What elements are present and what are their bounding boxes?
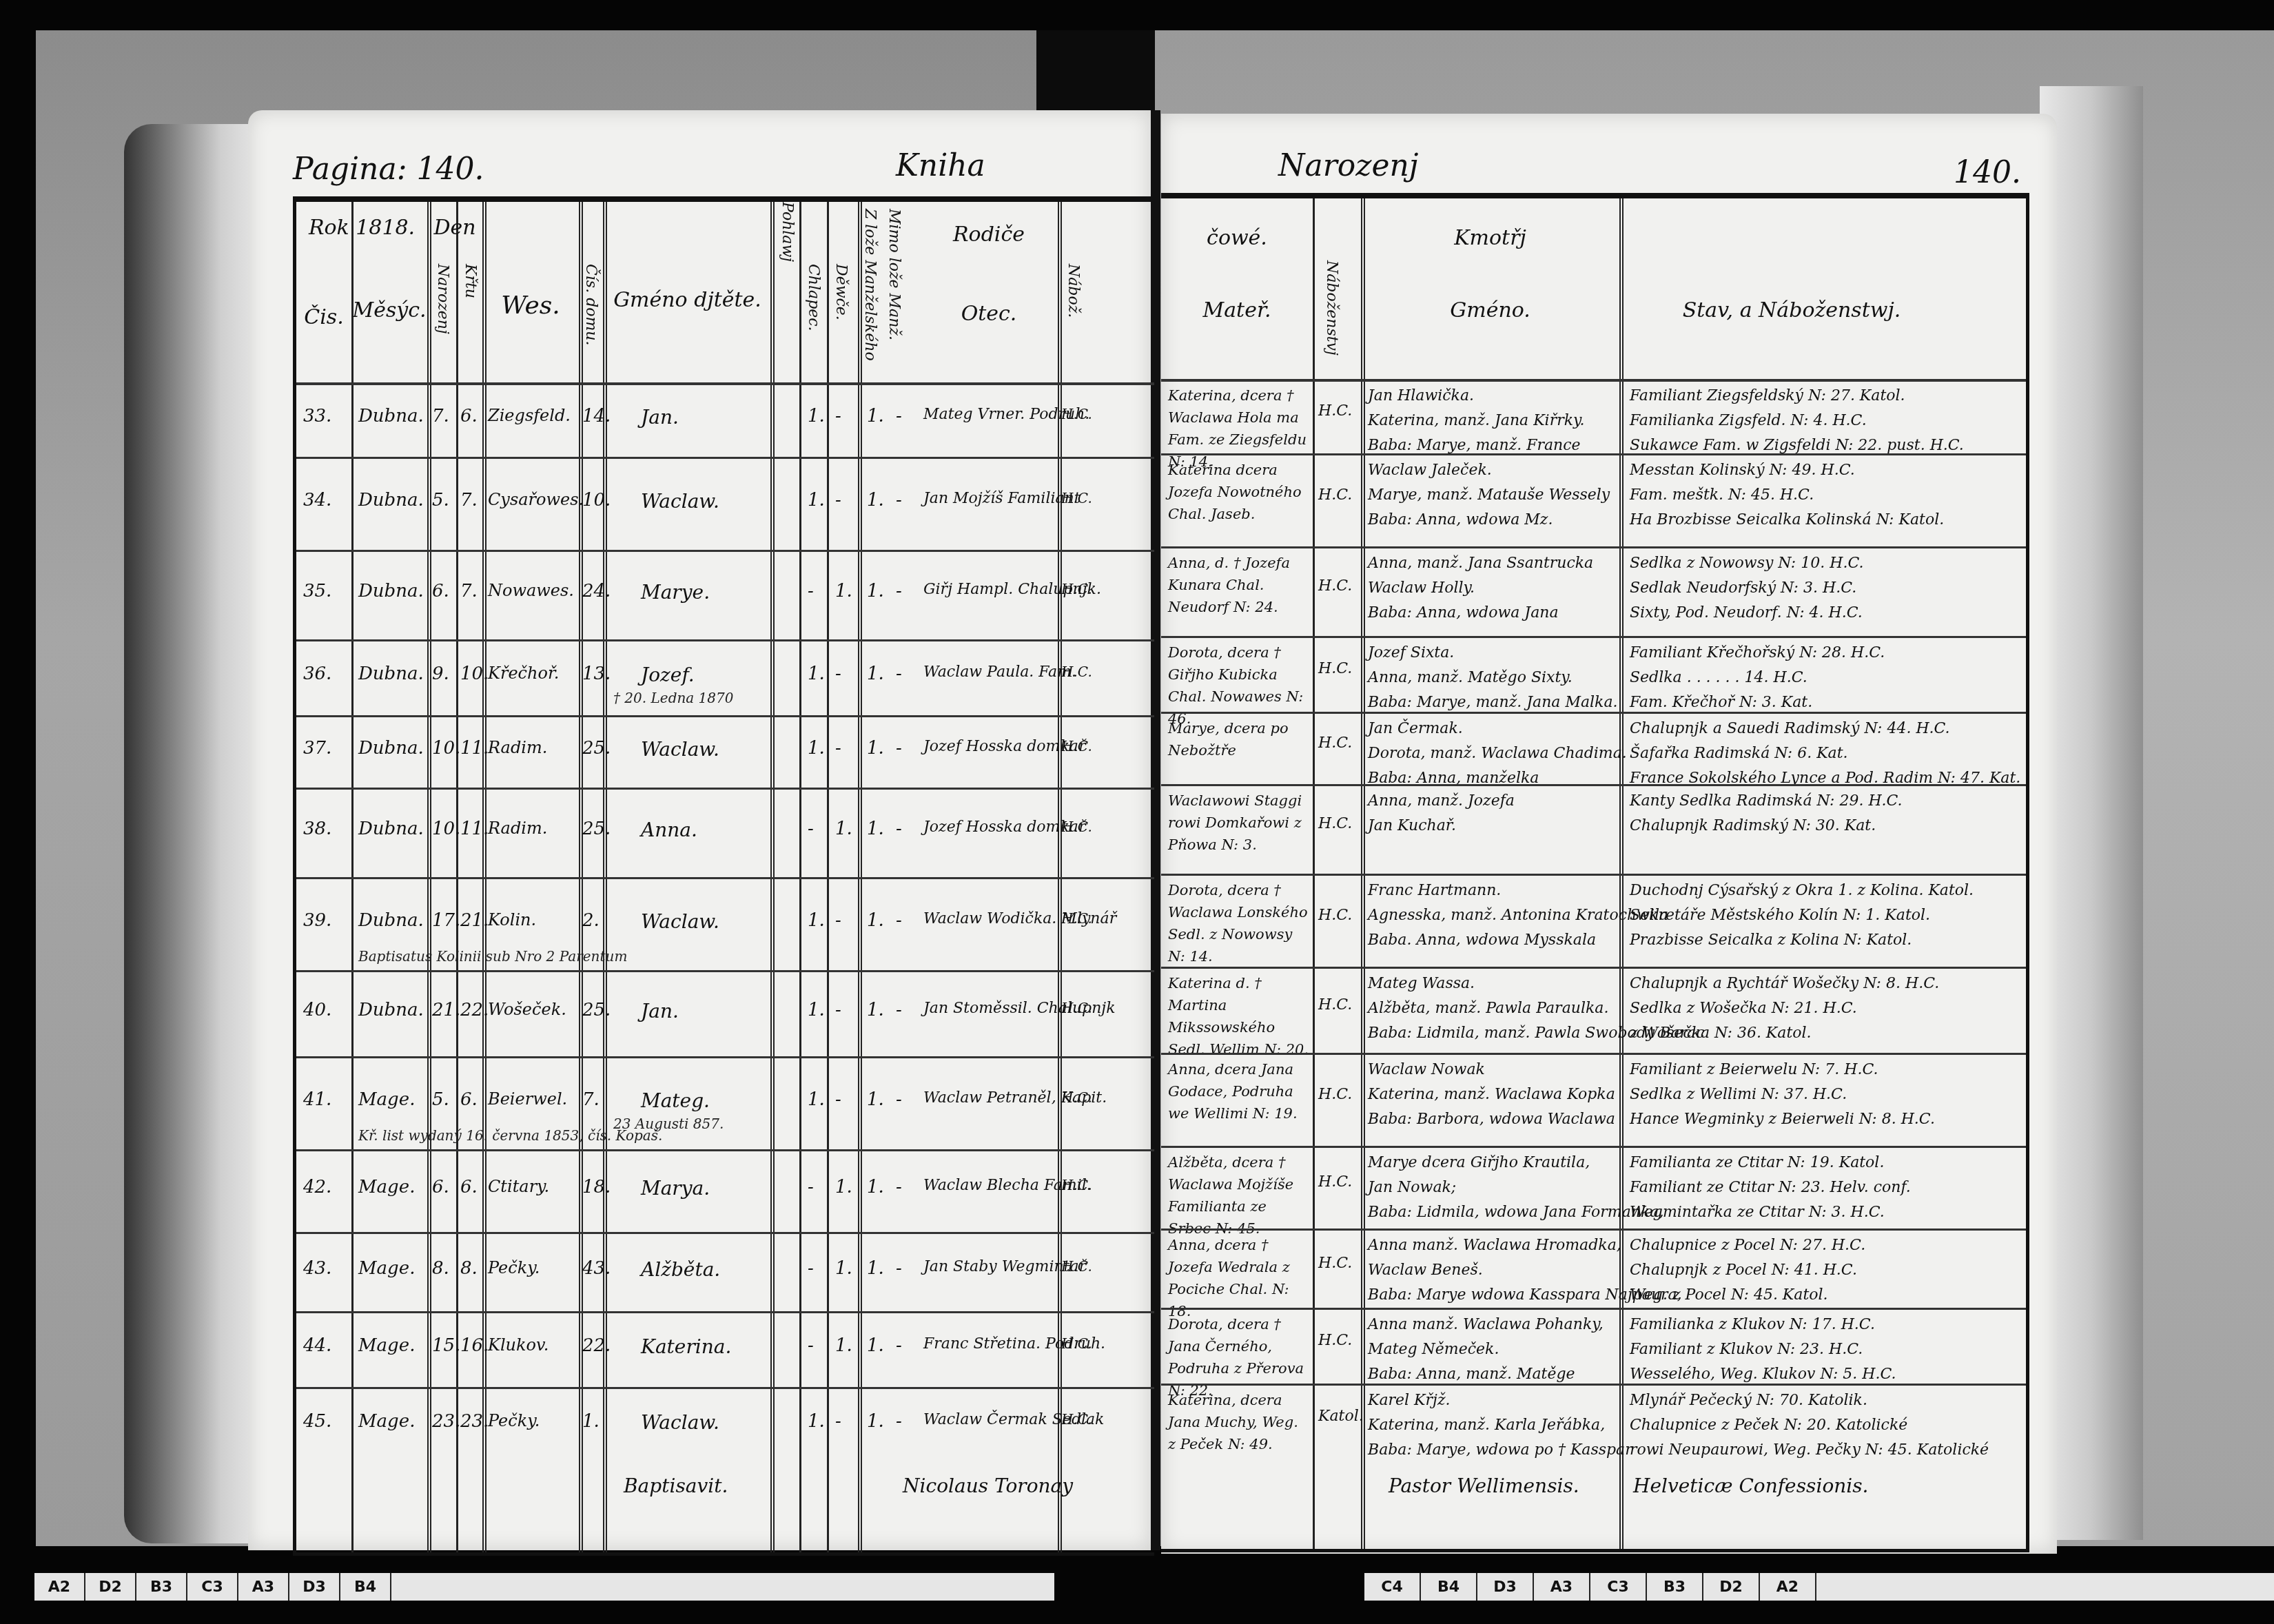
entry-illegitimate: - — [896, 664, 902, 684]
entry-birth-day: 10. — [432, 738, 460, 759]
entry-father-religion: H.C. — [1061, 1177, 1092, 1193]
entry-row-note: Kř. list wydaný 16. června 1853, čís. Ko… — [358, 1127, 662, 1144]
entry-month: Mage. — [358, 1089, 415, 1110]
godparent-name: Jan Čermak. — [1368, 720, 1463, 737]
entry-father-religion: H.C. — [1061, 1089, 1092, 1106]
godparent-name: Waclaw Holly. — [1368, 579, 1475, 597]
calibration-cell: B4 — [1421, 1573, 1477, 1601]
entry-mother-religion: H.C. — [1318, 660, 1352, 677]
entry-month: Dubna. — [358, 581, 424, 602]
row-divider — [1161, 1146, 2026, 1148]
entry-girl: 1. — [835, 1335, 852, 1356]
entry-mother: Katerina, dcera Jana Muchy, Weg. z Peček… — [1168, 1389, 1309, 1455]
entry-birth-day: 10. — [432, 819, 460, 839]
row-divider — [1161, 546, 2026, 548]
entry-boy: - — [808, 581, 814, 602]
godparent-status: Duchodnj Cýsařský z Okra 1. z Kolina. Ka… — [1630, 882, 1974, 899]
entry-legitimate: 1. — [867, 1089, 884, 1110]
entry-number: 40. — [303, 1000, 331, 1020]
header-rule — [1161, 379, 2026, 382]
header-status-religion: Stav, a Náboženstwj. — [1619, 298, 1964, 322]
calibration-cell: D3 — [289, 1573, 340, 1601]
godparent-name: Jozef Sixta. — [1368, 644, 1454, 661]
godparent-name: Katerina, manž. Jana Kiřrky. — [1368, 412, 1585, 429]
row-divider — [296, 1311, 1154, 1313]
entry-father-religion: H.C. — [1061, 581, 1092, 597]
calibration-cell: B3 — [136, 1573, 187, 1601]
calibration-cell: A3 — [238, 1573, 289, 1601]
calibration-cell: D2 — [1703, 1573, 1760, 1601]
entry-mother: Katerina dcera Jozefa Nowotného Chal. Ja… — [1168, 459, 1309, 525]
entry-birth-day: 8. — [432, 1258, 449, 1279]
entry-illegitimate: - — [896, 819, 902, 839]
godparent-status: Familiant ze Ctitar N: 23. Helv. conf. — [1630, 1179, 1911, 1196]
calibration-cell: A2 — [34, 1573, 85, 1601]
godparent-status: Sedlka z Wošečka N: 21. H.C. — [1630, 1000, 1857, 1017]
header-mother-religion: Náboženstvj — [1323, 260, 1340, 356]
entry-number: 36. — [303, 664, 331, 684]
calibration-cell: B3 — [1647, 1573, 1703, 1601]
entry-number: 39. — [303, 910, 331, 931]
calibration-cell: D2 — [85, 1573, 136, 1601]
godparent-name: Baba. Anna, wdowa Mysskala — [1368, 932, 1596, 949]
header-father: Otec. — [920, 302, 1058, 326]
header-legitimate: Z lože Manželského — [861, 209, 879, 361]
entry-mother: Dorota, dcera † Giřjho Kubicka Chal. Now… — [1168, 641, 1309, 730]
entry-legitimate: 1. — [867, 406, 884, 426]
entry-girl: 1. — [835, 581, 852, 602]
godparent-name: Marye, manž. Matauše Wessely — [1368, 486, 1610, 504]
godparent-status: z Wošečka N: 36. Katol. — [1630, 1025, 1812, 1042]
entry-mother-religion: Katol. — [1318, 1408, 1364, 1425]
entry-girl: 1. — [835, 1177, 852, 1198]
godparent-status: Messtan Kolinský N: 49. H.C. — [1630, 462, 1855, 479]
entry-house-number: 10. — [582, 490, 611, 511]
godparent-name: Anna, manž. Matěgo Sixty. — [1368, 669, 1573, 686]
entry-house-number: 1. — [582, 1411, 600, 1432]
entry-illegitimate: - — [896, 1000, 902, 1020]
godparent-status: Chalupnjk z Pocel N: 41. H.C. — [1630, 1262, 1857, 1279]
entry-month: Dubna. — [358, 406, 424, 426]
entry-baptism-day: 11. — [460, 738, 489, 759]
entry-legitimate: 1. — [867, 1177, 884, 1198]
entry-mother: Dorota, dcera † Jana Černého, Podruha z … — [1168, 1313, 1309, 1401]
entry-village: Cysařowes. — [488, 490, 584, 509]
entry-legitimate: 1. — [867, 1335, 884, 1356]
godparent-name: Anna, manž. Jana Ssantrucka — [1368, 555, 1593, 572]
entry-legitimate: 1. — [867, 910, 884, 931]
entry-illegitimate: - — [896, 490, 902, 511]
entry-father-religion: H.C. — [1061, 664, 1092, 680]
godparent-name: Waclaw Beneš. — [1368, 1262, 1483, 1279]
godparent-name: Anna manž. Waclawa Pohanky, — [1368, 1316, 1604, 1333]
row-divider — [296, 457, 1154, 459]
header-day: Den — [427, 216, 482, 240]
godparent-name: Karel Křjž. — [1368, 1392, 1450, 1409]
page-number-left: Pagina: 140. — [293, 152, 484, 187]
entry-child-name: Waclaw. — [641, 1411, 719, 1434]
entry-father-religion: H.C. — [1061, 1000, 1092, 1016]
calibration-cell: A3 — [1534, 1573, 1590, 1601]
entry-girl: - — [835, 1089, 841, 1110]
entry-row-note: Baptisatus Kolinii sub Nro 2 Parentum — [358, 948, 627, 965]
entry-boy: - — [808, 1258, 814, 1279]
godparent-name: Mateg Němeček. — [1368, 1341, 1499, 1358]
header-sex-group: Pohlawj — [779, 202, 796, 262]
entry-father-religion: H.C. — [1061, 738, 1092, 754]
godparent-name: Waclaw Jaleček. — [1368, 462, 1492, 479]
header-year: Rok 1818. — [296, 216, 427, 240]
entry-legitimate: 1. — [867, 581, 884, 602]
row-divider — [296, 550, 1154, 552]
godparent-status: Chalupnjk a Sauedi Radimský N: 44. H.C. — [1630, 720, 1950, 737]
row-divider — [1161, 784, 2026, 786]
entry-house-number: 25. — [582, 1000, 611, 1020]
row-divider — [296, 1232, 1154, 1234]
entry-village: Radim. — [488, 738, 547, 757]
godparent-name: Franc Hartmann. — [1368, 882, 1501, 899]
entry-month: Mage. — [358, 1335, 415, 1356]
entry-number: 34. — [303, 490, 331, 511]
godparent-name: Marye dcera Giřjho Krautila, — [1368, 1154, 1590, 1171]
entry-village: Nowawes. — [488, 581, 574, 600]
entry-legitimate: 1. — [867, 738, 884, 759]
entry-child-name: Jozef. — [641, 664, 695, 686]
entry-child-name: Waclaw. — [641, 738, 719, 761]
godparent-name: Baba: Marye, wdowa po † Kasspar — [1368, 1441, 1632, 1459]
entry-number: 37. — [303, 738, 331, 759]
header-father-religion: Nábož. — [1065, 264, 1082, 318]
entry-number: 45. — [303, 1411, 331, 1432]
entry-father: Waclaw Paula. Fam. — [923, 664, 1076, 681]
entry-child-name: Mateg. — [641, 1089, 710, 1112]
entry-illegitimate: - — [896, 910, 902, 931]
entry-legitimate: 1. — [867, 1000, 884, 1020]
entry-baptism-day: 6. — [460, 1089, 478, 1110]
godparent-name: Jan Kuchař. — [1368, 817, 1456, 834]
godparent-status: Familiant Ziegsfeldský N: 27. Katol. — [1630, 387, 1905, 404]
entry-mother-religion: H.C. — [1318, 996, 1352, 1014]
entry-mother: Dorota, dcera † Waclawa Lonského Sedl. z… — [1168, 879, 1309, 967]
entry-village: Křečhoř. — [488, 664, 559, 683]
entry-legitimate: 1. — [867, 1258, 884, 1279]
pastor-note: Pastor Wellimensis. — [1389, 1474, 1579, 1497]
entry-house-number: 14. — [582, 406, 611, 426]
entry-village: Klukov. — [488, 1335, 549, 1355]
calibration-strip-left: A2D2B3C3A3D3B4 — [34, 1573, 1054, 1601]
entry-birth-day: 7. — [432, 406, 449, 426]
entry-birth-day: 17. — [432, 910, 460, 931]
entry-father-religion: H.C. — [1061, 910, 1092, 927]
entry-girl: - — [835, 1411, 841, 1432]
godparent-name: Baba: Anna, wdowa Jana — [1368, 604, 1559, 621]
entry-month: Dubna. — [358, 910, 424, 931]
godparent-status: Chalupnice z Pocel N: 27. H.C. — [1630, 1237, 1865, 1254]
entry-boy: - — [808, 819, 814, 839]
header-boy: Chlapec. — [805, 264, 822, 331]
godparent-status: Chalupnjk Radimský N: 30. Kat. — [1630, 817, 1876, 834]
entry-house-number: 25. — [582, 738, 611, 759]
godparent-status: rowi Neupaurowi, Weg. Pečky N: 45. Katol… — [1630, 1441, 1989, 1459]
godparent-name: Katerina, manž. Waclawa Kopka — [1368, 1086, 1615, 1103]
entry-girl: 1. — [835, 1258, 852, 1279]
entry-house-number: 25. — [582, 819, 611, 839]
entry-illegitimate: - — [896, 1335, 902, 1356]
godparent-status: Chalupnjk a Rychtář Wošečky N: 8. H.C. — [1630, 975, 1939, 992]
entry-girl: - — [835, 1000, 841, 1020]
calibration-strip-right: C4B4D3A3C3B3D2A2 — [1364, 1573, 2274, 1601]
entry-boy: - — [808, 1177, 814, 1198]
row-divider — [1161, 1384, 2026, 1386]
entry-birth-day: 5. — [432, 1089, 449, 1110]
entry-number: 35. — [303, 581, 331, 602]
entry-village: Ctitary. — [488, 1177, 549, 1196]
entry-girl: - — [835, 738, 841, 759]
calibration-cell: C3 — [187, 1573, 238, 1601]
godparent-status: Wegmintařka ze Ctitar N: 3. H.C. — [1630, 1204, 1885, 1221]
header-illegitimate: Mimo lože Manž. — [885, 209, 903, 340]
header-month: Měsýc. — [351, 298, 427, 322]
header-house-number: Čís. domu. — [582, 264, 600, 346]
entry-number: 42. — [303, 1177, 331, 1198]
entry-number: 33. — [303, 406, 331, 426]
entry-father-religion: H.C. — [1061, 1258, 1092, 1275]
row-divider — [296, 788, 1154, 790]
entry-birth-day: 23. — [432, 1411, 460, 1432]
header-godparent-name: Gméno. — [1361, 298, 1619, 322]
entry-child-name: Marye. — [641, 581, 710, 604]
godparent-name: Dorota, manž. Waclawa Chadima. — [1368, 745, 1627, 762]
row-divider — [1161, 874, 2026, 876]
priest-signature: Nicolaus Toronay — [903, 1474, 1073, 1497]
godparent-name: Baba: Anna, manž. Matěge — [1368, 1366, 1575, 1383]
entry-birth-day: 6. — [432, 581, 449, 602]
confession-note: Helveticæ Confessionis. — [1633, 1474, 1869, 1497]
entry-month: Dubna. — [358, 819, 424, 839]
entry-house-number: 43. — [582, 1258, 611, 1279]
godparent-status: Ha Brozbisse Seicalka Kolinská N: Katol. — [1630, 511, 1944, 528]
entry-mother: Waclawowi Staggi rowi Domkařowi z Pňowa … — [1168, 790, 1309, 856]
entry-father-religion: H.C. — [1061, 819, 1092, 835]
calibration-cell: A2 — [1760, 1573, 1816, 1601]
entry-mother: Anna, d. † Jozefa Kunara Chal. Neudorf N… — [1168, 552, 1309, 618]
entry-house-number: 13. — [582, 664, 611, 684]
row-divider — [296, 877, 1154, 879]
entry-mother: Marye, dcera po Nebožtře — [1168, 717, 1309, 761]
entry-boy: 1. — [808, 1411, 825, 1432]
entry-child-name: Marya. — [641, 1177, 710, 1200]
row-divider — [1161, 1053, 2026, 1055]
entry-baptism-day: 16. — [460, 1335, 489, 1356]
baptisavit-label: Baptisavit. — [624, 1474, 728, 1497]
entry-baptism-day: 6. — [460, 1177, 478, 1198]
entry-mother-religion: H.C. — [1318, 486, 1352, 504]
entry-father-religion: H.C. — [1061, 490, 1092, 506]
entry-village: Kolin. — [488, 910, 536, 929]
entry-baptism-day: 10. — [460, 664, 489, 684]
row-divider — [1161, 1308, 2026, 1310]
entry-illegitimate: - — [896, 406, 902, 426]
entry-birth-day: 5. — [432, 490, 449, 511]
entry-mother-religion: H.C. — [1318, 402, 1352, 420]
godparent-name: Baba: Marye, manž. Jana Malka. — [1368, 694, 1618, 711]
entry-mother: Anna, dcera Jana Godace, Podruha we Well… — [1168, 1058, 1309, 1124]
entry-village: Pečky. — [488, 1411, 540, 1430]
godparent-status: Wesselého, Weg. Klukov N: 5. H.C. — [1630, 1366, 1896, 1383]
entry-father-religion: H.C. — [1061, 1411, 1092, 1428]
entry-baptism-day: 22. — [460, 1000, 489, 1020]
row-divider — [296, 1387, 1154, 1389]
godparent-status: Familiant z Klukov N: 23. H.C. — [1630, 1341, 1863, 1358]
entry-legitimate: 1. — [867, 664, 884, 684]
book-page-edges-left — [124, 124, 262, 1543]
godparent-status: Sixty, Pod. Neudorf. N: 4. H.C. — [1630, 604, 1863, 621]
entry-girl: - — [835, 910, 841, 931]
entry-illegitimate: - — [896, 1089, 902, 1110]
entry-number: 38. — [303, 819, 331, 839]
godparent-status: Familianka z Klukov N: 17. H.C. — [1630, 1316, 1875, 1333]
godparent-status: Sekretáře Městského Kolín N: 1. Katol. — [1630, 907, 1930, 924]
row-divider — [1161, 453, 2026, 455]
entry-father: Jan Mojžíš Familiant — [923, 490, 1080, 507]
register-table-left: Rok 1818. Den Čis. Měsýc. Narozenj Křtu … — [293, 196, 1154, 1556]
book-heading-left: Kniha — [896, 148, 985, 183]
row-divider — [1161, 1229, 2026, 1231]
entry-illegitimate: - — [896, 581, 902, 602]
godparent-name: Jan Hlawička. — [1368, 387, 1474, 404]
header-child-name: Gméno djtěte. — [606, 288, 768, 312]
entry-baptism-day: 7. — [460, 490, 478, 511]
godparent-status: Sedlka . . . . . . 14. H.C. — [1630, 669, 1807, 686]
entry-month: Mage. — [358, 1258, 415, 1279]
entry-child-name: Alžběta. — [641, 1258, 720, 1281]
entry-mother-religion: H.C. — [1318, 577, 1352, 595]
godparent-status: Hance Wegminky z Beierweli N: 8. H.C. — [1630, 1111, 1935, 1128]
godparent-status: Familiant z Beierwelu N: 7. H.C. — [1630, 1061, 1878, 1078]
entry-boy: 1. — [808, 738, 825, 759]
register-table-right: čowé. Mateř. Náboženstvj Kmotřj Gméno. S… — [1161, 193, 2029, 1552]
entry-legitimate: 1. — [867, 819, 884, 839]
entry-mother-religion: H.C. — [1318, 734, 1352, 752]
godparent-status: Šafařka Radimská N: 6. Kat. — [1630, 745, 1848, 762]
entry-month: Mage. — [358, 1411, 415, 1432]
calibration-cell: B4 — [340, 1573, 391, 1601]
entry-child-name: Anna. — [641, 819, 697, 841]
entry-baptism-day: 6. — [460, 406, 478, 426]
entry-child-name: Jan. — [641, 406, 679, 429]
header-parents: Rodiče — [920, 223, 1058, 247]
godparent-name: Alžběta, manž. Pawla Paraulka. — [1368, 1000, 1608, 1017]
entry-child-name: Jan. — [641, 1000, 679, 1022]
entry-month: Mage. — [358, 1177, 415, 1198]
godparent-status: Familiant Křečhořský N: 28. H.C. — [1630, 644, 1885, 661]
entry-number: 43. — [303, 1258, 331, 1279]
row-divider — [296, 1056, 1154, 1058]
entry-mother-religion: H.C. — [1318, 1255, 1352, 1272]
entry-child-name: Waclaw. — [641, 490, 719, 513]
row-divider — [1161, 636, 2026, 638]
entry-illegitimate: - — [896, 1411, 902, 1432]
entry-mother-religion: H.C. — [1318, 907, 1352, 924]
row-divider — [296, 639, 1154, 641]
godparent-status: Weg. z Pocel N: 45. Katol. — [1630, 1286, 1828, 1304]
entry-baptism-day: 11. — [460, 819, 489, 839]
godparent-status: Sedlak Neudorfský N: 3. H.C. — [1630, 579, 1856, 597]
godparent-name: Katerina, manž. Karla Jeřábka, — [1368, 1417, 1605, 1434]
entry-boy: 1. — [808, 1089, 825, 1110]
godparent-status: Sukawce Fam. w Zigsfeldi N: 22. pust. H.… — [1630, 437, 1964, 454]
godparent-name: Baba: Anna, wdowa Mz. — [1368, 511, 1553, 528]
entry-father-religion: H.C. — [1061, 1335, 1092, 1352]
godparent-status: Chalupnice z Peček N: 20. Katolické — [1630, 1417, 1907, 1434]
entry-legitimate: 1. — [867, 490, 884, 511]
entry-girl: - — [835, 406, 841, 426]
godparent-name: Anna, manž. Jozefa — [1368, 792, 1515, 810]
entry-illegitimate: - — [896, 1177, 902, 1198]
godparent-name: Mateg Wassa. — [1368, 975, 1475, 992]
godparent-status: Sedlka z Wellimi N: 37. H.C. — [1630, 1086, 1847, 1103]
entry-mother: Katerina d. † Martina Mikssowského Sedl.… — [1168, 972, 1309, 1060]
godparent-name: Baba: Marye, manž. France — [1368, 437, 1581, 454]
entry-month: Dubna. — [358, 738, 424, 759]
entry-girl: - — [835, 490, 841, 511]
entry-child-name: Waclaw. — [641, 910, 719, 933]
entry-village: Beierwel. — [488, 1089, 567, 1109]
calibration-cell: C3 — [1590, 1573, 1647, 1601]
row-divider — [1161, 967, 2026, 969]
godparent-name: Baba: Lidmila, wdowa Jana Formanka, — [1368, 1204, 1663, 1221]
entry-birth-day: 6. — [432, 1177, 449, 1198]
entry-birth-day: 9. — [432, 664, 449, 684]
page-number-right: 140. — [1954, 155, 2021, 190]
entry-month: Dubna. — [358, 664, 424, 684]
entry-father-religion: H.C. — [1061, 406, 1092, 422]
godparent-name: Jan Nowak; — [1368, 1179, 1456, 1196]
header-rule — [296, 382, 1154, 385]
entry-village: Wošeček. — [488, 1000, 566, 1019]
entry-house-number: 2. — [582, 910, 600, 931]
godparent-name: Anna manž. Waclawa Hromadka, — [1368, 1237, 1621, 1254]
header-girl: Děwče. — [832, 264, 850, 320]
header-village: Wes. — [482, 291, 579, 320]
godparent-status: Fam. Křečhoř N: 3. Kat. — [1630, 694, 1812, 711]
entry-month: Dubna. — [358, 490, 424, 511]
entry-boy: 1. — [808, 664, 825, 684]
entry-boy: 1. — [808, 490, 825, 511]
entry-baptism-day: 7. — [460, 581, 478, 602]
godparent-status: Familianta ze Ctitar N: 19. Katol. — [1630, 1154, 1884, 1171]
godparent-status: Fam. meštk. N: 45. H.C. — [1630, 486, 1814, 504]
entry-girl: 1. — [835, 819, 852, 839]
entry-girl: - — [835, 664, 841, 684]
godparent-status: Familianka Zigsfeld. N: 4. H.C. — [1630, 412, 1867, 429]
entry-number: 44. — [303, 1335, 331, 1356]
entry-mother: Alžběta, dcera † Waclawa Mojžíše Familia… — [1168, 1151, 1309, 1240]
godparent-name: Baba: Barbora, wdowa Waclawa — [1368, 1111, 1615, 1128]
entry-boy: 1. — [808, 910, 825, 931]
godparent-status: Mlynář Pečecký N: 70. Katolik. — [1630, 1392, 1867, 1409]
godparent-status: Kanty Sedlka Radimská N: 29. H.C. — [1630, 792, 1903, 810]
entry-baptism-day: 23. — [460, 1411, 489, 1432]
entry-month: Dubna. — [358, 1000, 424, 1020]
godparent-status: Prazbisse Seicalka z Kolina N: Katol. — [1630, 932, 1912, 949]
godparent-status: Sedlka z Nowowsy N: 10. H.C. — [1630, 555, 1863, 572]
calibration-cell: C4 — [1364, 1573, 1421, 1601]
entry-house-number: 24. — [582, 581, 611, 602]
entry-illegitimate: - — [896, 738, 902, 759]
entry-mother-religion: H.C. — [1318, 1086, 1352, 1103]
row-divider — [296, 970, 1154, 972]
